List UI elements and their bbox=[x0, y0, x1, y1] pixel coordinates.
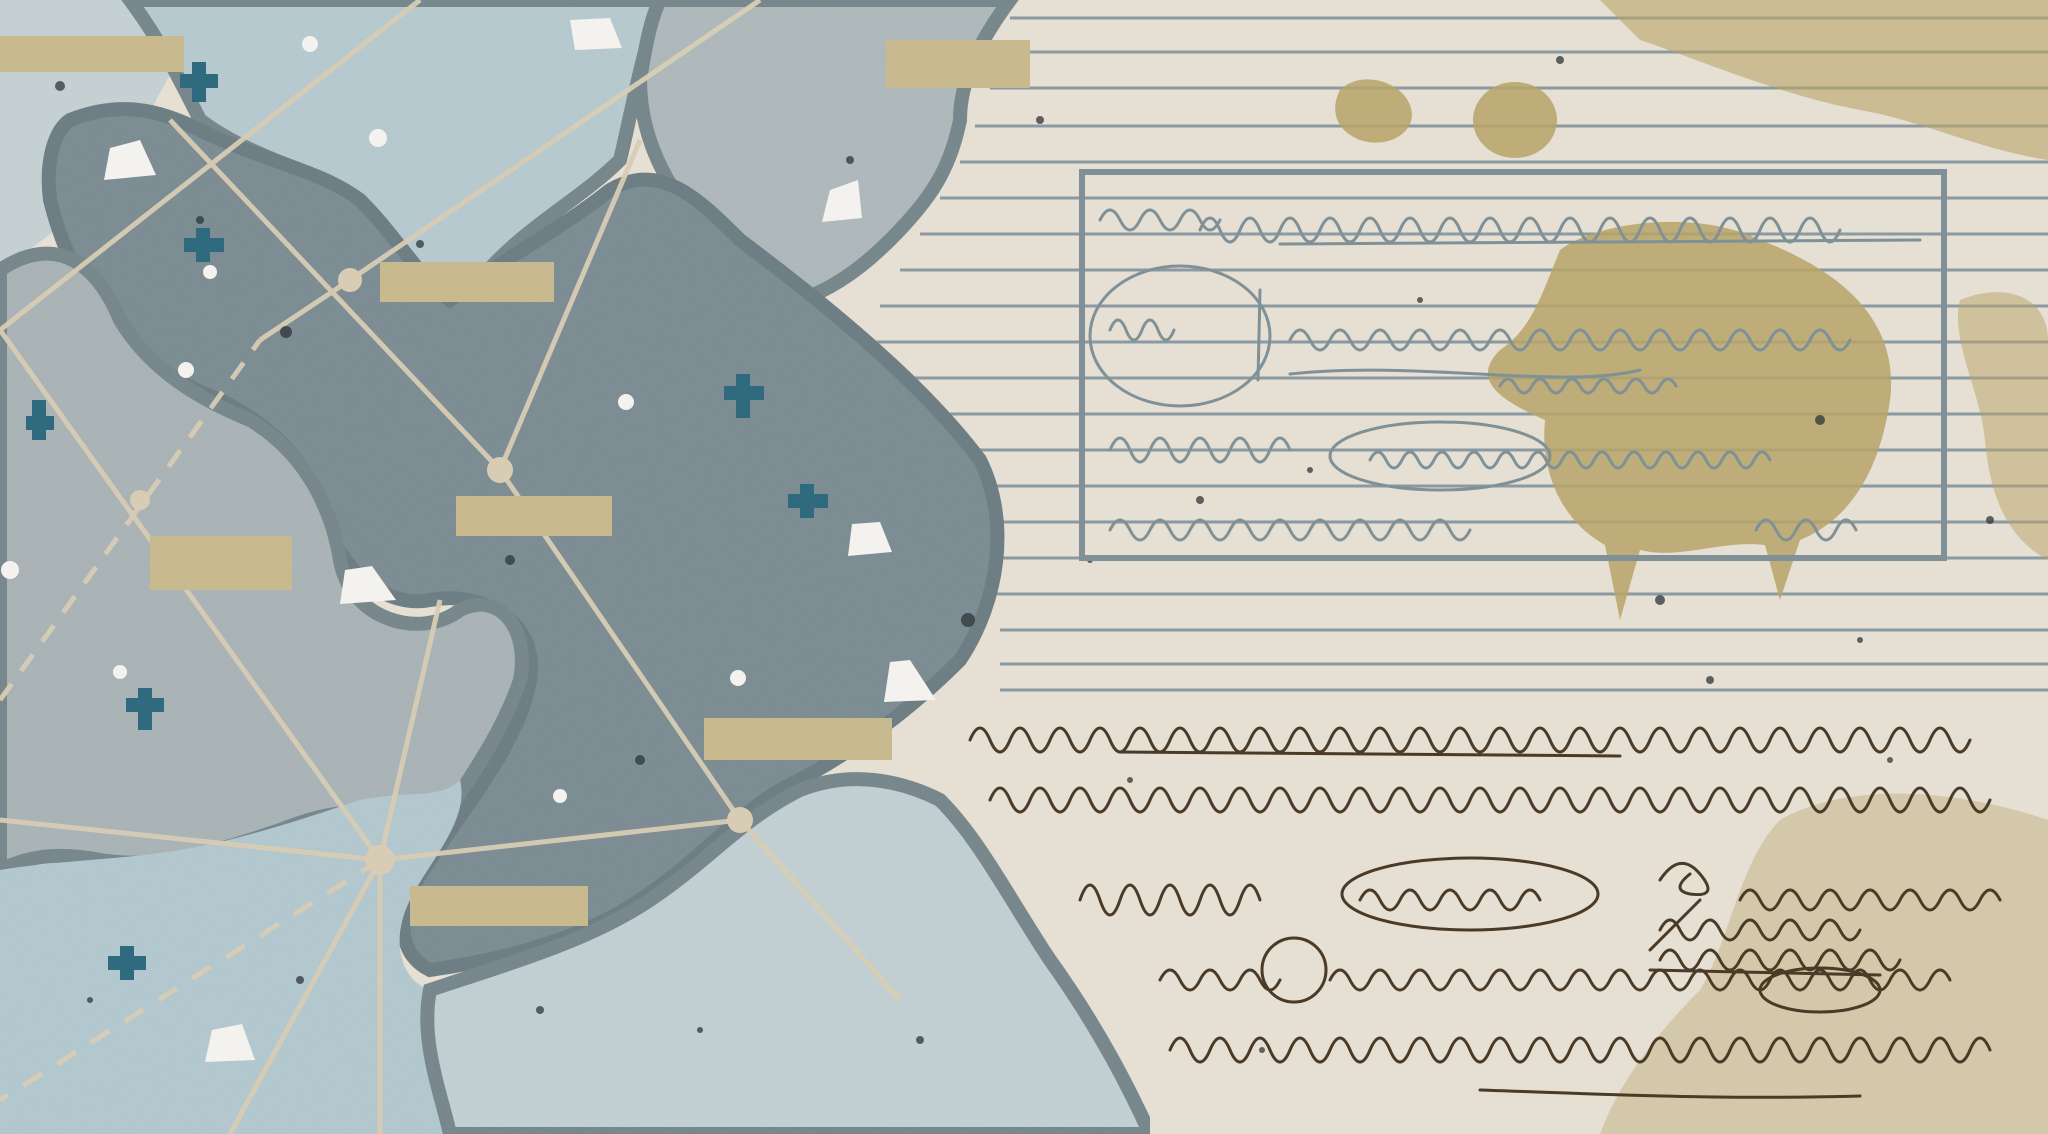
label-block bbox=[380, 262, 554, 302]
label-block bbox=[150, 536, 292, 590]
label-block bbox=[886, 40, 1030, 88]
artwork-canvas bbox=[0, 0, 2048, 1134]
label-block bbox=[410, 886, 588, 926]
label-block bbox=[704, 718, 892, 760]
abstract-map-artwork bbox=[0, 0, 2048, 1134]
label-block bbox=[456, 496, 612, 536]
label-block bbox=[0, 36, 184, 72]
